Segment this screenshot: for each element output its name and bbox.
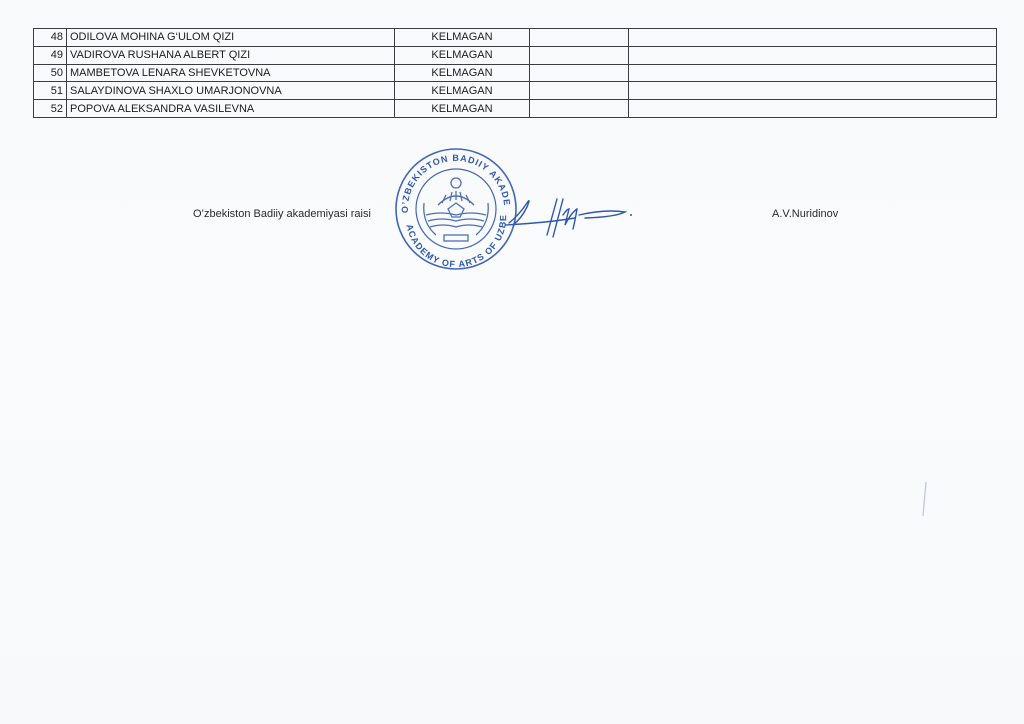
- empty-cell: [530, 64, 629, 82]
- attendance-status: KELMAGAN: [395, 100, 530, 118]
- signatory-title: O’zbekiston Badiiy akademiyasi raisi: [193, 208, 371, 220]
- empty-cell: [629, 46, 997, 64]
- empty-cell: [530, 100, 629, 118]
- row-number: 52: [34, 100, 67, 118]
- scan-artifact: [920, 480, 930, 520]
- row-number: 51: [34, 82, 67, 100]
- empty-cell: [629, 100, 997, 118]
- row-number: 49: [34, 46, 67, 64]
- attendance-status: KELMAGAN: [395, 82, 530, 100]
- empty-cell: [530, 29, 629, 47]
- table-row: 48ODILOVA MOHINA G‘ULOM QIZIKELMAGAN: [34, 29, 997, 47]
- document-page: 48ODILOVA MOHINA G‘ULOM QIZIKELMAGAN49VA…: [0, 0, 1024, 724]
- person-name: MAMBETOVA LENARA SHEVKETOVNA: [67, 64, 395, 82]
- attendance-status: KELMAGAN: [395, 29, 530, 47]
- table-row: 50MAMBETOVA LENARA SHEVKETOVNAKELMAGAN: [34, 64, 997, 82]
- person-name: SALAYDINOVA SHAXLO UMARJONOVNA: [67, 82, 395, 100]
- signatory-name: A.V.Nuridinov: [772, 208, 838, 220]
- person-name: POPOVA ALEKSANDRA VASILEVNA: [67, 100, 395, 118]
- handwritten-signature-icon: [505, 185, 640, 245]
- empty-cell: [530, 46, 629, 64]
- row-number: 48: [34, 29, 67, 47]
- empty-cell: [629, 29, 997, 47]
- table-row: 51SALAYDINOVA SHAXLO UMARJONOVNAKELMAGAN: [34, 82, 997, 100]
- person-name: ODILOVA MOHINA G‘ULOM QIZI: [67, 29, 395, 47]
- attendance-status: KELMAGAN: [395, 64, 530, 82]
- attendance-status: KELMAGAN: [395, 46, 530, 64]
- empty-cell: [530, 82, 629, 100]
- attendance-table: 48ODILOVA MOHINA G‘ULOM QIZIKELMAGAN49VA…: [33, 28, 997, 118]
- row-number: 50: [34, 64, 67, 82]
- empty-cell: [629, 64, 997, 82]
- table-row: 49VADIROVA RUSHANA ALBERT QIZIKELMAGAN: [34, 46, 997, 64]
- empty-cell: [629, 82, 997, 100]
- table-row: 52POPOVA ALEKSANDRA VASILEVNAKELMAGAN: [34, 100, 997, 118]
- person-name: VADIROVA RUSHANA ALBERT QIZI: [67, 46, 395, 64]
